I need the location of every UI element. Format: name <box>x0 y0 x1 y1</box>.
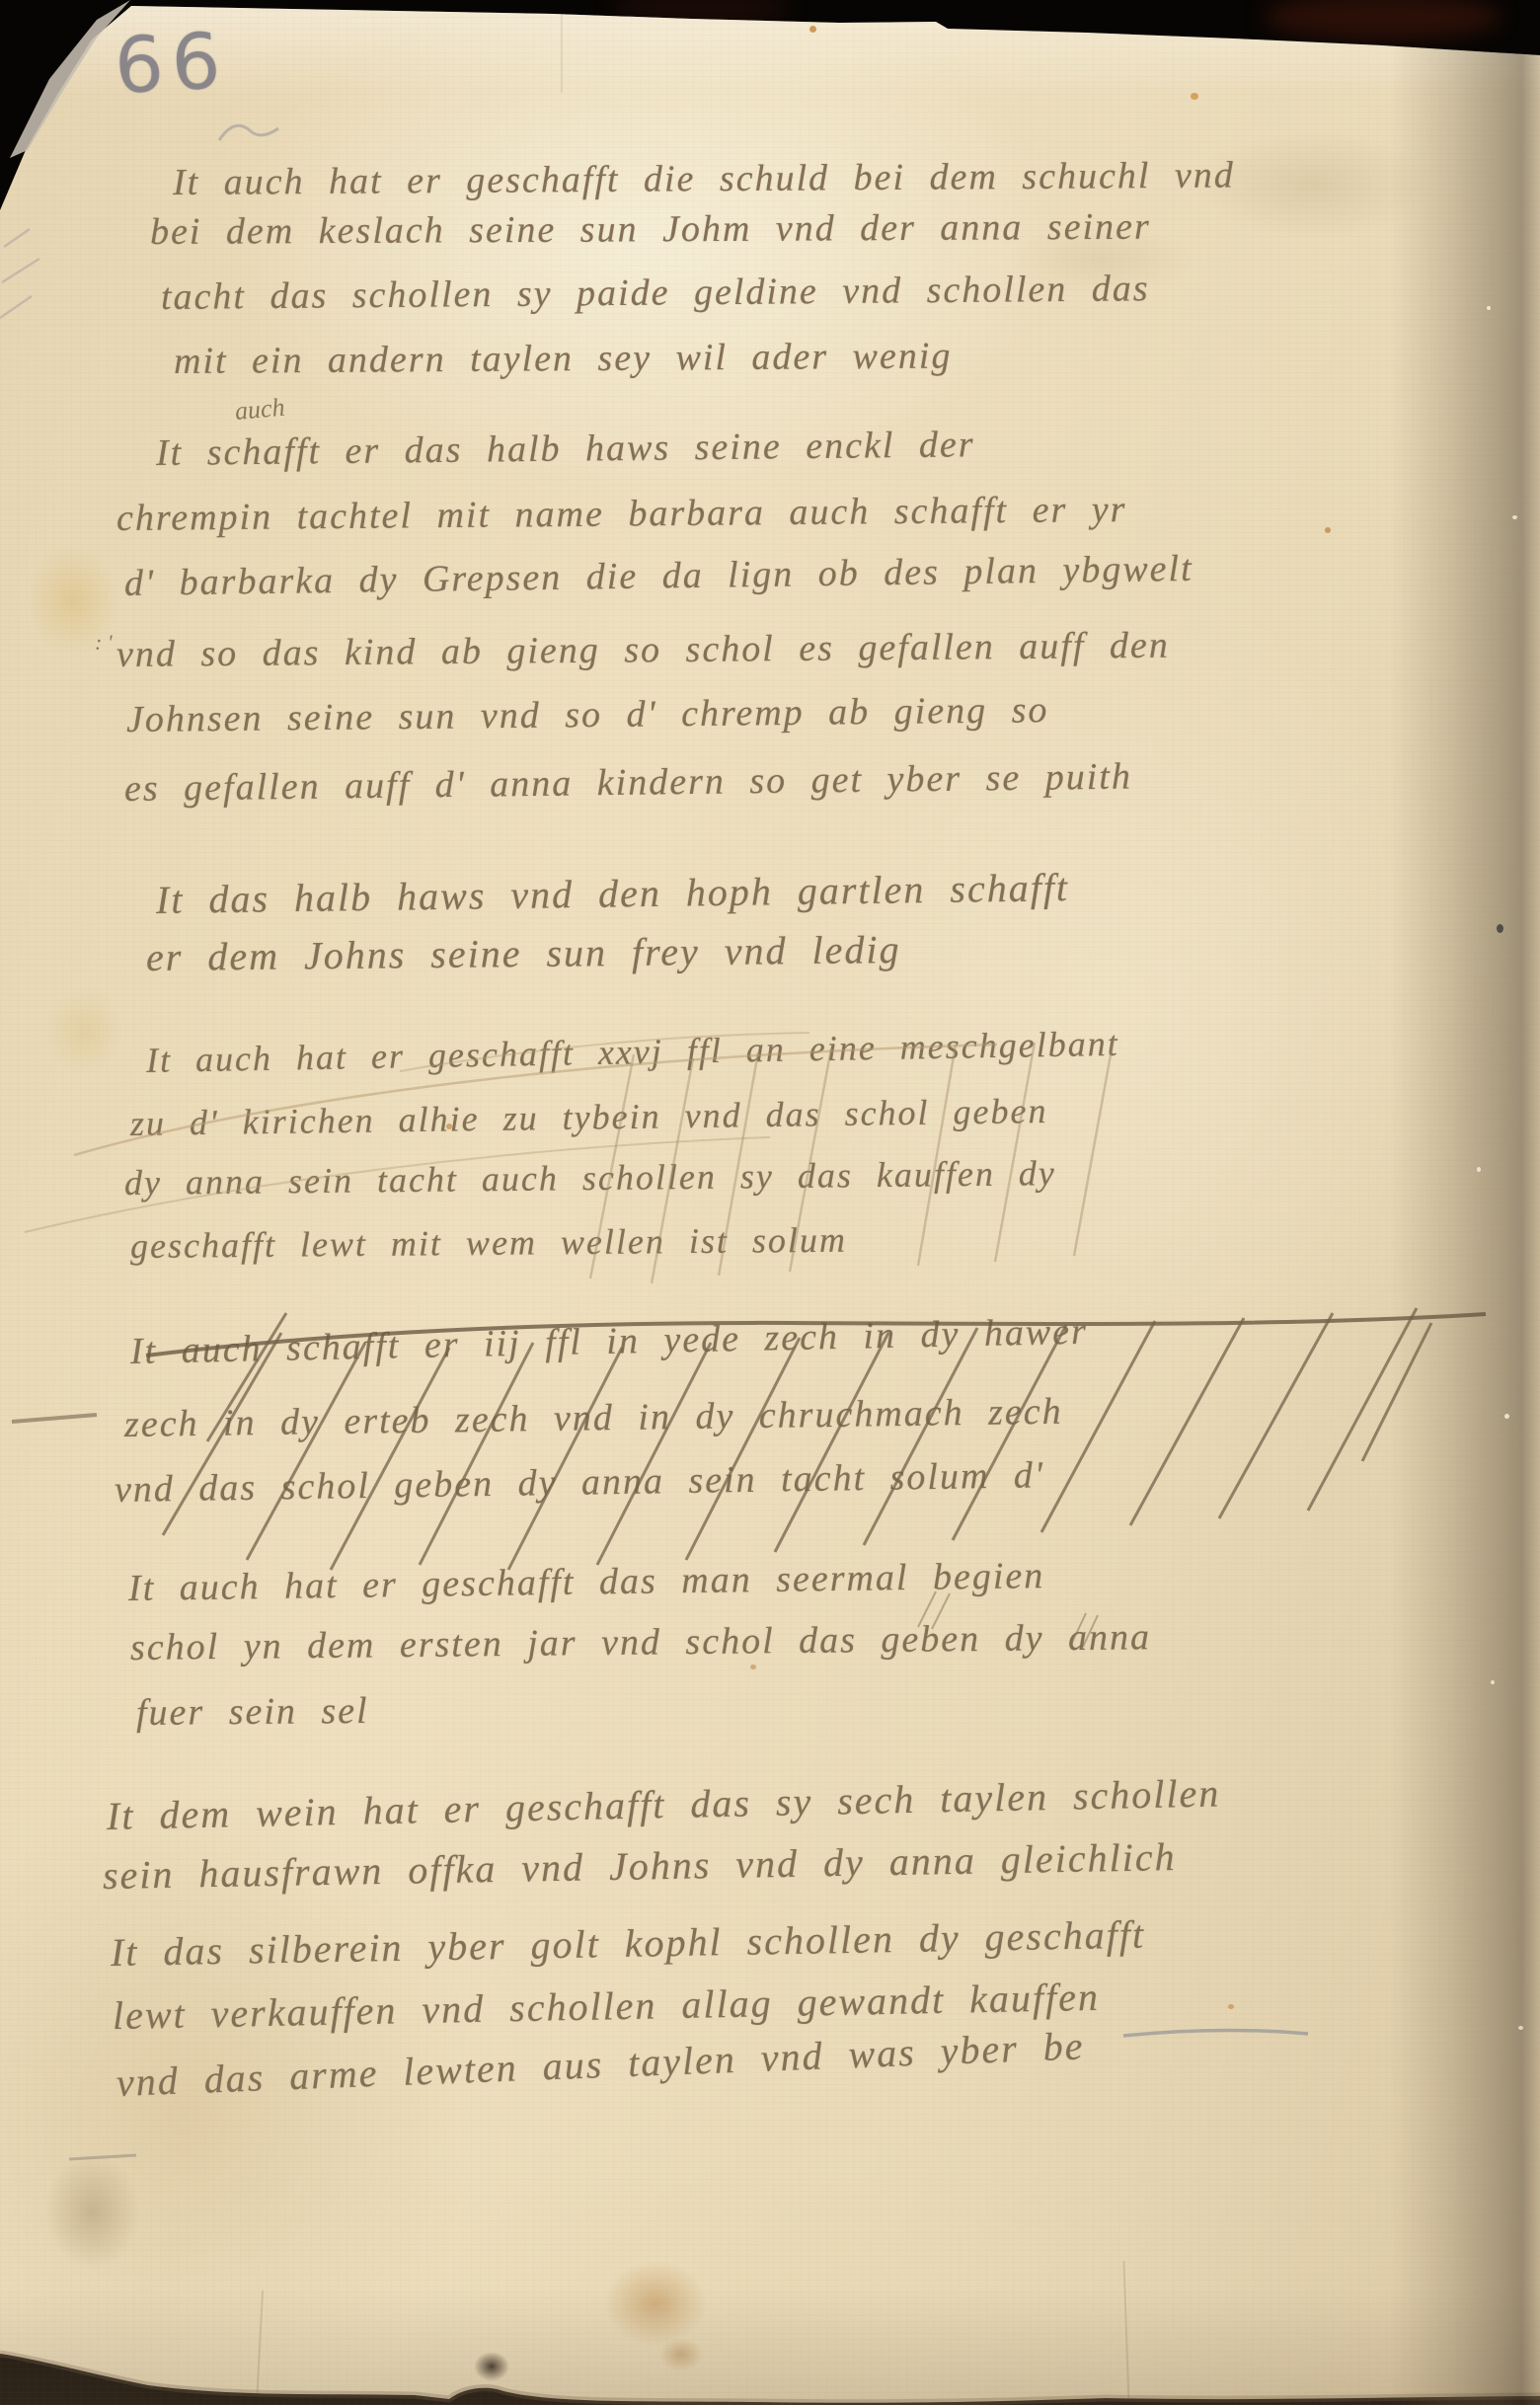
margin-ticks: : ' <box>95 632 113 654</box>
parchment-page: It auch hat er geschafft die schuld bei … <box>0 0 1540 2405</box>
grey-margin-dash <box>69 2155 136 2159</box>
ink-blot-bottom <box>474 2352 509 2381</box>
crease-3 <box>561 8 563 93</box>
rust-speck-5 <box>750 1665 756 1669</box>
gutter-fleck-3 <box>1477 1167 1481 1172</box>
rust-speck-3 <box>1325 527 1331 533</box>
bottom-page-edge <box>0 2354 1540 2405</box>
pencil-squiggle <box>219 125 278 140</box>
manuscript-line-p7-l2: sein hausfrawn offka vnd Johns vnd dy an… <box>103 1837 1177 1896</box>
manuscript-line-p6-l1: It auch hat er geschafft das man seermal… <box>128 1557 1045 1607</box>
stain-brown-bottom <box>604 2261 707 2346</box>
manuscript-line-p4-l4: geschafft lewt mit wem wellen ist solum <box>130 1222 847 1264</box>
folio-number: 66 <box>113 17 231 112</box>
rust-speck-1 <box>809 26 816 33</box>
manuscript-line-p4-l1: It auch hat er geschafft xxvj ffl an ein… <box>146 1026 1119 1078</box>
manuscript-line-p3-l2: er dem Johns seine sun frey vnd ledig <box>146 930 901 977</box>
manuscript-line-p1-l4: mit ein andern taylen sey wil ader wenig <box>174 337 953 380</box>
inserted-word-auch: auch <box>234 395 286 425</box>
crease-2 <box>1122 2261 1129 2405</box>
scan-red-tint <box>1264 0 1501 41</box>
rust-speck-2 <box>1191 93 1198 100</box>
smudge-bottom-left <box>45 2154 140 2269</box>
margin-dash-p5 <box>12 1415 97 1422</box>
manuscript-line-p5-l3: vnd das schol geben dy anna sein tacht s… <box>115 1456 1045 1509</box>
manuscript-scan: It auch hat er geschafft die schuld bei … <box>0 0 1540 2405</box>
manuscript-line-p2-l5: Johnsen seine sun vnd so d' chremp ab gi… <box>126 691 1049 738</box>
manuscript-line-p7-l3: It das silberein yber golt kophl scholle… <box>111 1915 1146 1973</box>
manuscript-line-p1-l2: bei dem keslach seine sun Johm vnd der a… <box>150 208 1151 251</box>
manuscript-line-p7-l4: lewt verkauffen vnd schollen allag gewan… <box>113 1978 1101 2036</box>
gutter-fleck-2 <box>1512 515 1517 519</box>
manuscript-line-p6-l3: fuer sein sel <box>136 1692 369 1732</box>
manuscript-line-p5-l2: zech in dy erteb zech vnd in dy chruchma… <box>124 1393 1063 1443</box>
dark-speck-gutter <box>1497 924 1503 933</box>
manuscript-line-p3-l1: It das halb haws vnd den hoph gartlen sc… <box>156 868 1070 920</box>
page-bottom-shade <box>0 2287 1540 2405</box>
manuscript-line-p2-l1: It schafft er das halb haws seine enckl … <box>156 426 975 472</box>
manuscript-line-p7-l1: It dem wein hat er geschafft das sy sech… <box>107 1773 1221 1836</box>
blue-pencil-dash <box>1123 2030 1308 2036</box>
binding-gutter-shade <box>1390 0 1540 2405</box>
gutter-fleck-5 <box>1491 1680 1495 1684</box>
manuscript-line-p7-l5: vnd das arme lewten aus taylen vnd was y… <box>115 2026 1085 2103</box>
manuscript-line-p2-l6: es gefallen auff d' anna kindern so get … <box>124 758 1132 808</box>
gutter-fleck-1 <box>1487 306 1491 310</box>
gutter-fleck-6 <box>1518 2026 1523 2030</box>
manuscript-line-p5-l1: It auch schafft er iij ffl in yede zech … <box>130 1313 1089 1370</box>
gutter-fleck-4 <box>1504 1414 1509 1419</box>
manuscript-line-p4-l3: dy anna sein tacht auch schollen sy das … <box>124 1155 1056 1201</box>
manuscript-line-p6-l2: schol yn dem ersten jar vnd schol das ge… <box>130 1618 1151 1667</box>
bottom-edge-shadow <box>0 2354 1540 2403</box>
manuscript-line-p1-l1: It auch hat er geschafft die schuld bei … <box>173 156 1235 201</box>
pencil-edge-hatches <box>0 229 39 318</box>
crease-1 <box>256 2290 264 2405</box>
stain-yellow-left-low <box>45 987 124 1076</box>
manuscript-line-p1-l3: tacht das schollen sy paide geldine vnd … <box>161 270 1150 316</box>
stain-brown-bottom-2 <box>659 2338 703 2371</box>
manuscript-line-p4-l2: zu d' kirichen alhie zu tybein vnd das s… <box>130 1093 1048 1141</box>
manuscript-line-p2-l4: vnd so das kind ab gieng so schol es gef… <box>116 627 1170 673</box>
manuscript-line-p2-l2: chrempin tachtel mit name barbara auch s… <box>116 491 1127 537</box>
manuscript-line-p2-l3: d' barbarka dy Grepsen die da lign ob de… <box>124 550 1193 602</box>
rust-speck-6 <box>1228 2004 1234 2009</box>
